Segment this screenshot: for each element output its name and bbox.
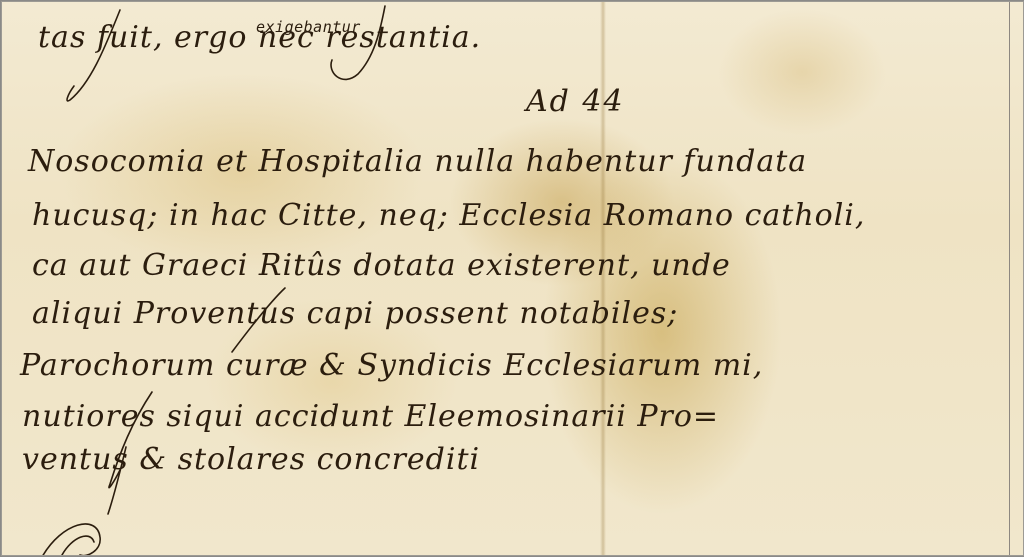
text-line-5: aliqui Proventus capi possent notabiles; bbox=[32, 296, 678, 331]
text-line-6: Parochorum curæ & Syndicis Ecclesiarum m… bbox=[20, 348, 763, 383]
manuscript-page: tas fuit, ergo nec restantia. exigebantu… bbox=[1, 1, 1024, 556]
interlinear-note: exigebantur bbox=[256, 18, 361, 36]
text-line-3: hucusq; in hac Citte, neq; Ecclesia Roma… bbox=[32, 198, 865, 233]
page-edge-line bbox=[1009, 2, 1010, 555]
text-line-2: Nosocomia et Hospitalia nulla habentur f… bbox=[28, 144, 807, 179]
text-line-1: tas fuit, ergo nec restantia. exigebantu… bbox=[38, 20, 481, 55]
text-line-8: ventus & stolares concrediti bbox=[22, 442, 480, 477]
section-heading: Ad 44 bbox=[526, 84, 625, 119]
text-line-4: ca aut Graeci Ritûs dotata existerent, u… bbox=[32, 248, 731, 283]
text-line-7: nutiores siqui accidunt Eleemosinarii Pr… bbox=[22, 399, 719, 434]
